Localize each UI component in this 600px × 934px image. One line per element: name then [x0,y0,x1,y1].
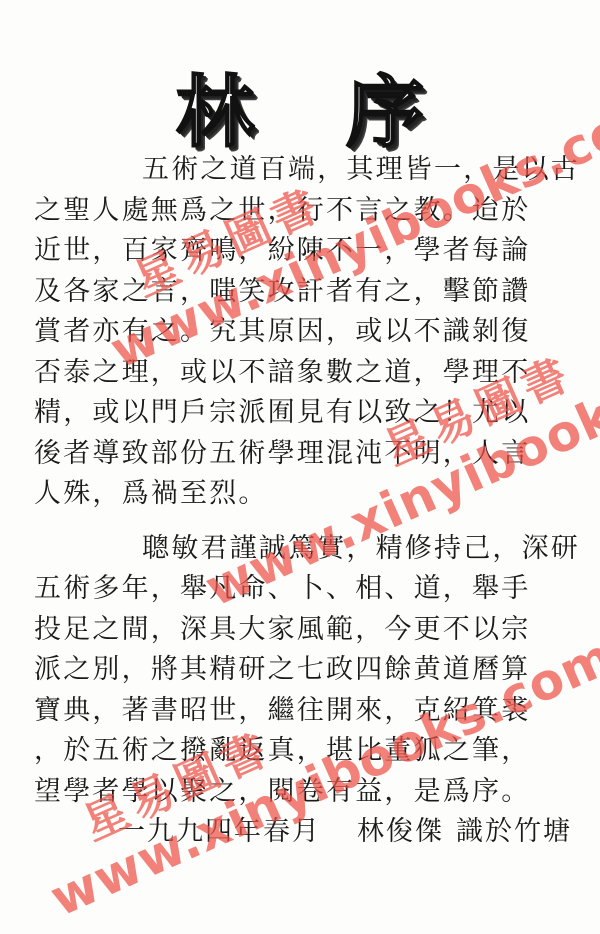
text-line: 五術之道百端，其理皆一，是以古 [34,150,558,191]
text-line: 寶典，著書昭世，繼往開來，克紹箕裘 [34,691,558,732]
text-line: 及各家之言，嗤笑攻訐者有之，擊節讚 [34,272,558,313]
text-line: 之聖人處無爲之世，行不言之教。迨於 [34,191,558,232]
paragraph-gap [88,515,558,529]
signature-line: 一九九四年春月林俊傑識於竹塘 [88,812,558,853]
text-line: 賞者亦有之。究其原因，或以不識剝復 [34,312,558,353]
text-line: 精，或以門戶宗派囿見有以致之！尤以 [34,393,558,434]
text-line: 五術多年，舉凡命、卜、相、道，舉手 [34,569,558,610]
text-line: 聰敏君謹誠篤實，精修持己，深研 [34,529,558,570]
text-line: 否泰之理，或以不諳象數之道，學理不 [34,353,558,394]
text-line: 投足之間，深具大家風範，今更不以宗 [34,610,558,651]
signature-date: 一九九四年春月 [118,812,321,853]
text-line: 後者導致部份五術學理混沌不明，人言 [34,434,558,475]
text-line: 派之別，將其精研之七政四餘黄道曆算 [34,650,558,691]
preface-body: 五術之道百端，其理皆一，是以古 之聖人處無爲之世，行不言之教。迨於 近世，百家齊… [88,150,558,853]
text-line: 人殊，爲禍至烈。 [34,474,558,515]
page-title: 林序 [0,68,600,158]
signature-place: 識於竹塘 [456,812,572,853]
signature-author: 林俊傑 [357,812,444,853]
text-line: ，於五術之撥亂返真，堪比董狐之筆， [34,731,558,772]
text-line: 望學者學以聚之，閱卷有益，是爲序。 [34,772,558,813]
text-line: 近世，百家齊鳴，紛陳不一，學者每論 [34,231,558,272]
book-page: 林序 五術之道百端，其理皆一，是以古 之聖人處無爲之世，行不言之教。迨於 近世，… [0,0,600,934]
